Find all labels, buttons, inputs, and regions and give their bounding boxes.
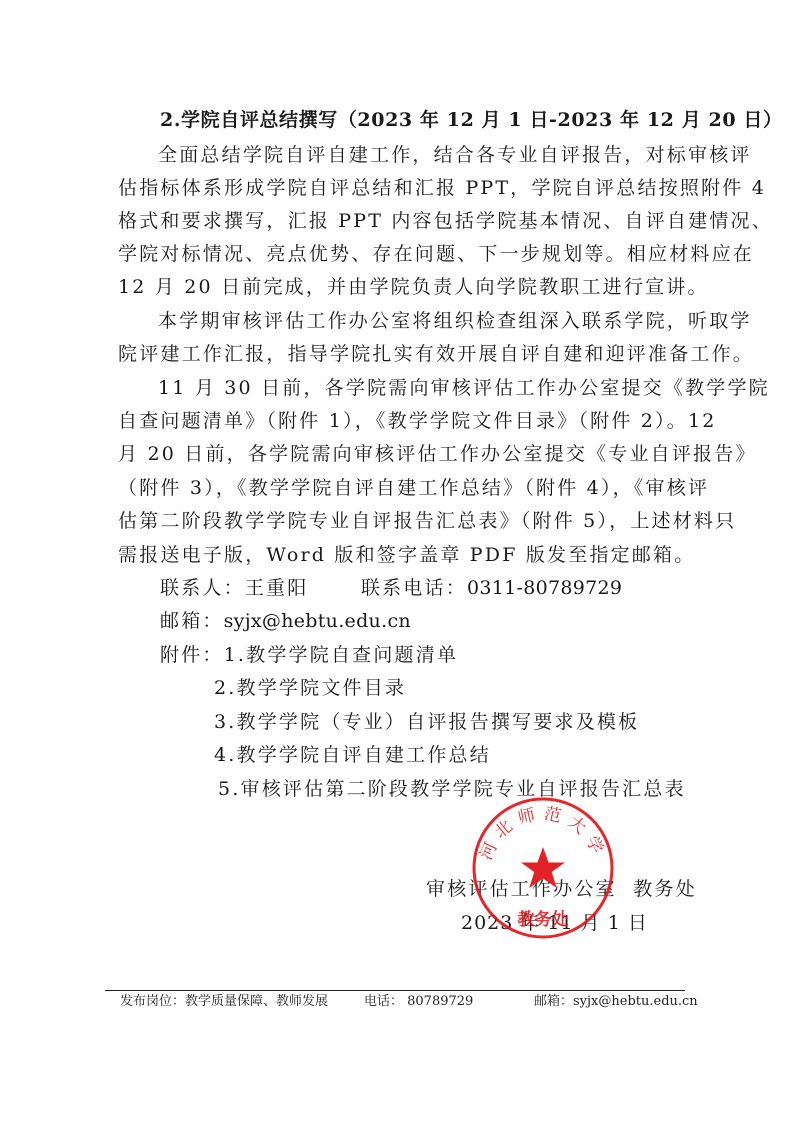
paragraph-line: 本学期审核评估工作办公室将组织检查组深入联系学院，听取学 [158,309,682,333]
paragraph-line: 估第二阶段教学学院专业自评报告汇总表》（附件 5），上述材料只 [118,509,682,533]
contact-person: 王重阳 [245,577,309,599]
attachment-item: 4.教学学院自评自建工作总结 [214,743,778,767]
paragraph-line: 格式和要求撰写，汇报 PPT 内容包括学院基本情况、自评自建情况、 [118,209,682,233]
contact-email-label: 邮箱： [160,610,224,632]
attachments-label: 附件： [160,644,224,666]
paragraph-line: 院评建工作汇报，指导学院扎实有效开展自评自建和迎评准备工作。 [118,342,682,366]
contact-email-row: 邮箱：syjx@hebtu.edu.cn [160,609,724,633]
svg-text:河北师范大学: 河北师范大学 [476,803,609,864]
paragraph-line: （附件 3），《教学学院自评自建工作总结》（附件 4），《审核评 [118,476,682,500]
paragraph-line: 全面总结学院自评自建工作，结合各专业自评报告，对标审核评 [158,143,682,167]
paragraph-line: 12 月 20 日前完成，并由学院负责人向学院教职工进行宣讲。 [118,275,682,299]
footer-post: 发布岗位：教学质量保障、教师发展 [120,994,328,1010]
paragraph-line: 月 20 日前，各学院需向审核评估工作办公室提交《专业自评报告》 [118,442,682,466]
contact-phone-label: 联系电话： [361,577,467,599]
contact-person-label: 联系人： [160,577,245,599]
attachment-item: 附件：1.教学学院自查问题清单 [160,643,724,667]
contact-phone: 0311-80789729 [467,577,622,599]
footer-email: 邮箱：syjx@hebtu.edu.cn [534,994,698,1010]
signature-issuer: 审核评估工作办公室 教务处 [426,877,800,901]
paragraph-line: 估指标体系形成学院自评总结和汇报 PPT，学院自评总结按照附件 4 [118,176,682,200]
paragraph-line: 自查问题清单》（附件 1），《教学学院文件目录》（附件 2）。12 [118,409,682,433]
contact-person-row: 联系人：王重阳 联系电话：0311-80789729 [160,576,724,600]
attachment-item: 2.教学学院文件目录 [214,676,778,700]
paragraph-line: 需报送电子版，Word 版和签字盖章 PDF 版发至指定邮箱。 [118,543,682,567]
attachment-item: 5.审核评估第二阶段教学学院专业自评报告汇总表 [218,777,782,801]
contact-email-link[interactable]: syjx@hebtu.edu.cn [224,610,411,632]
paragraph-line: 11 月 30 日前，各学院需向审核评估工作办公室提交《教学学院 [158,376,682,400]
footer-phone: 电话： 80789729 [364,994,473,1010]
paragraph-line: 学院对标情况、亮点优势、存在问题、下一步规划等。相应材料应在 [118,242,682,266]
attachment-item: 3.教学学院（专业）自评报告撰写要求及模板 [214,710,778,734]
footer-divider [105,990,685,991]
signature-date: 2023 年 11 月 1 日 [461,911,800,935]
section-heading: 2.学院自评总结撰写（2023 年 12 月 1 日-2023 年 12 月 2… [160,108,724,132]
document-page: 2.学院自评总结撰写（2023 年 12 月 1 日-2023 年 12 月 2… [0,0,800,1131]
